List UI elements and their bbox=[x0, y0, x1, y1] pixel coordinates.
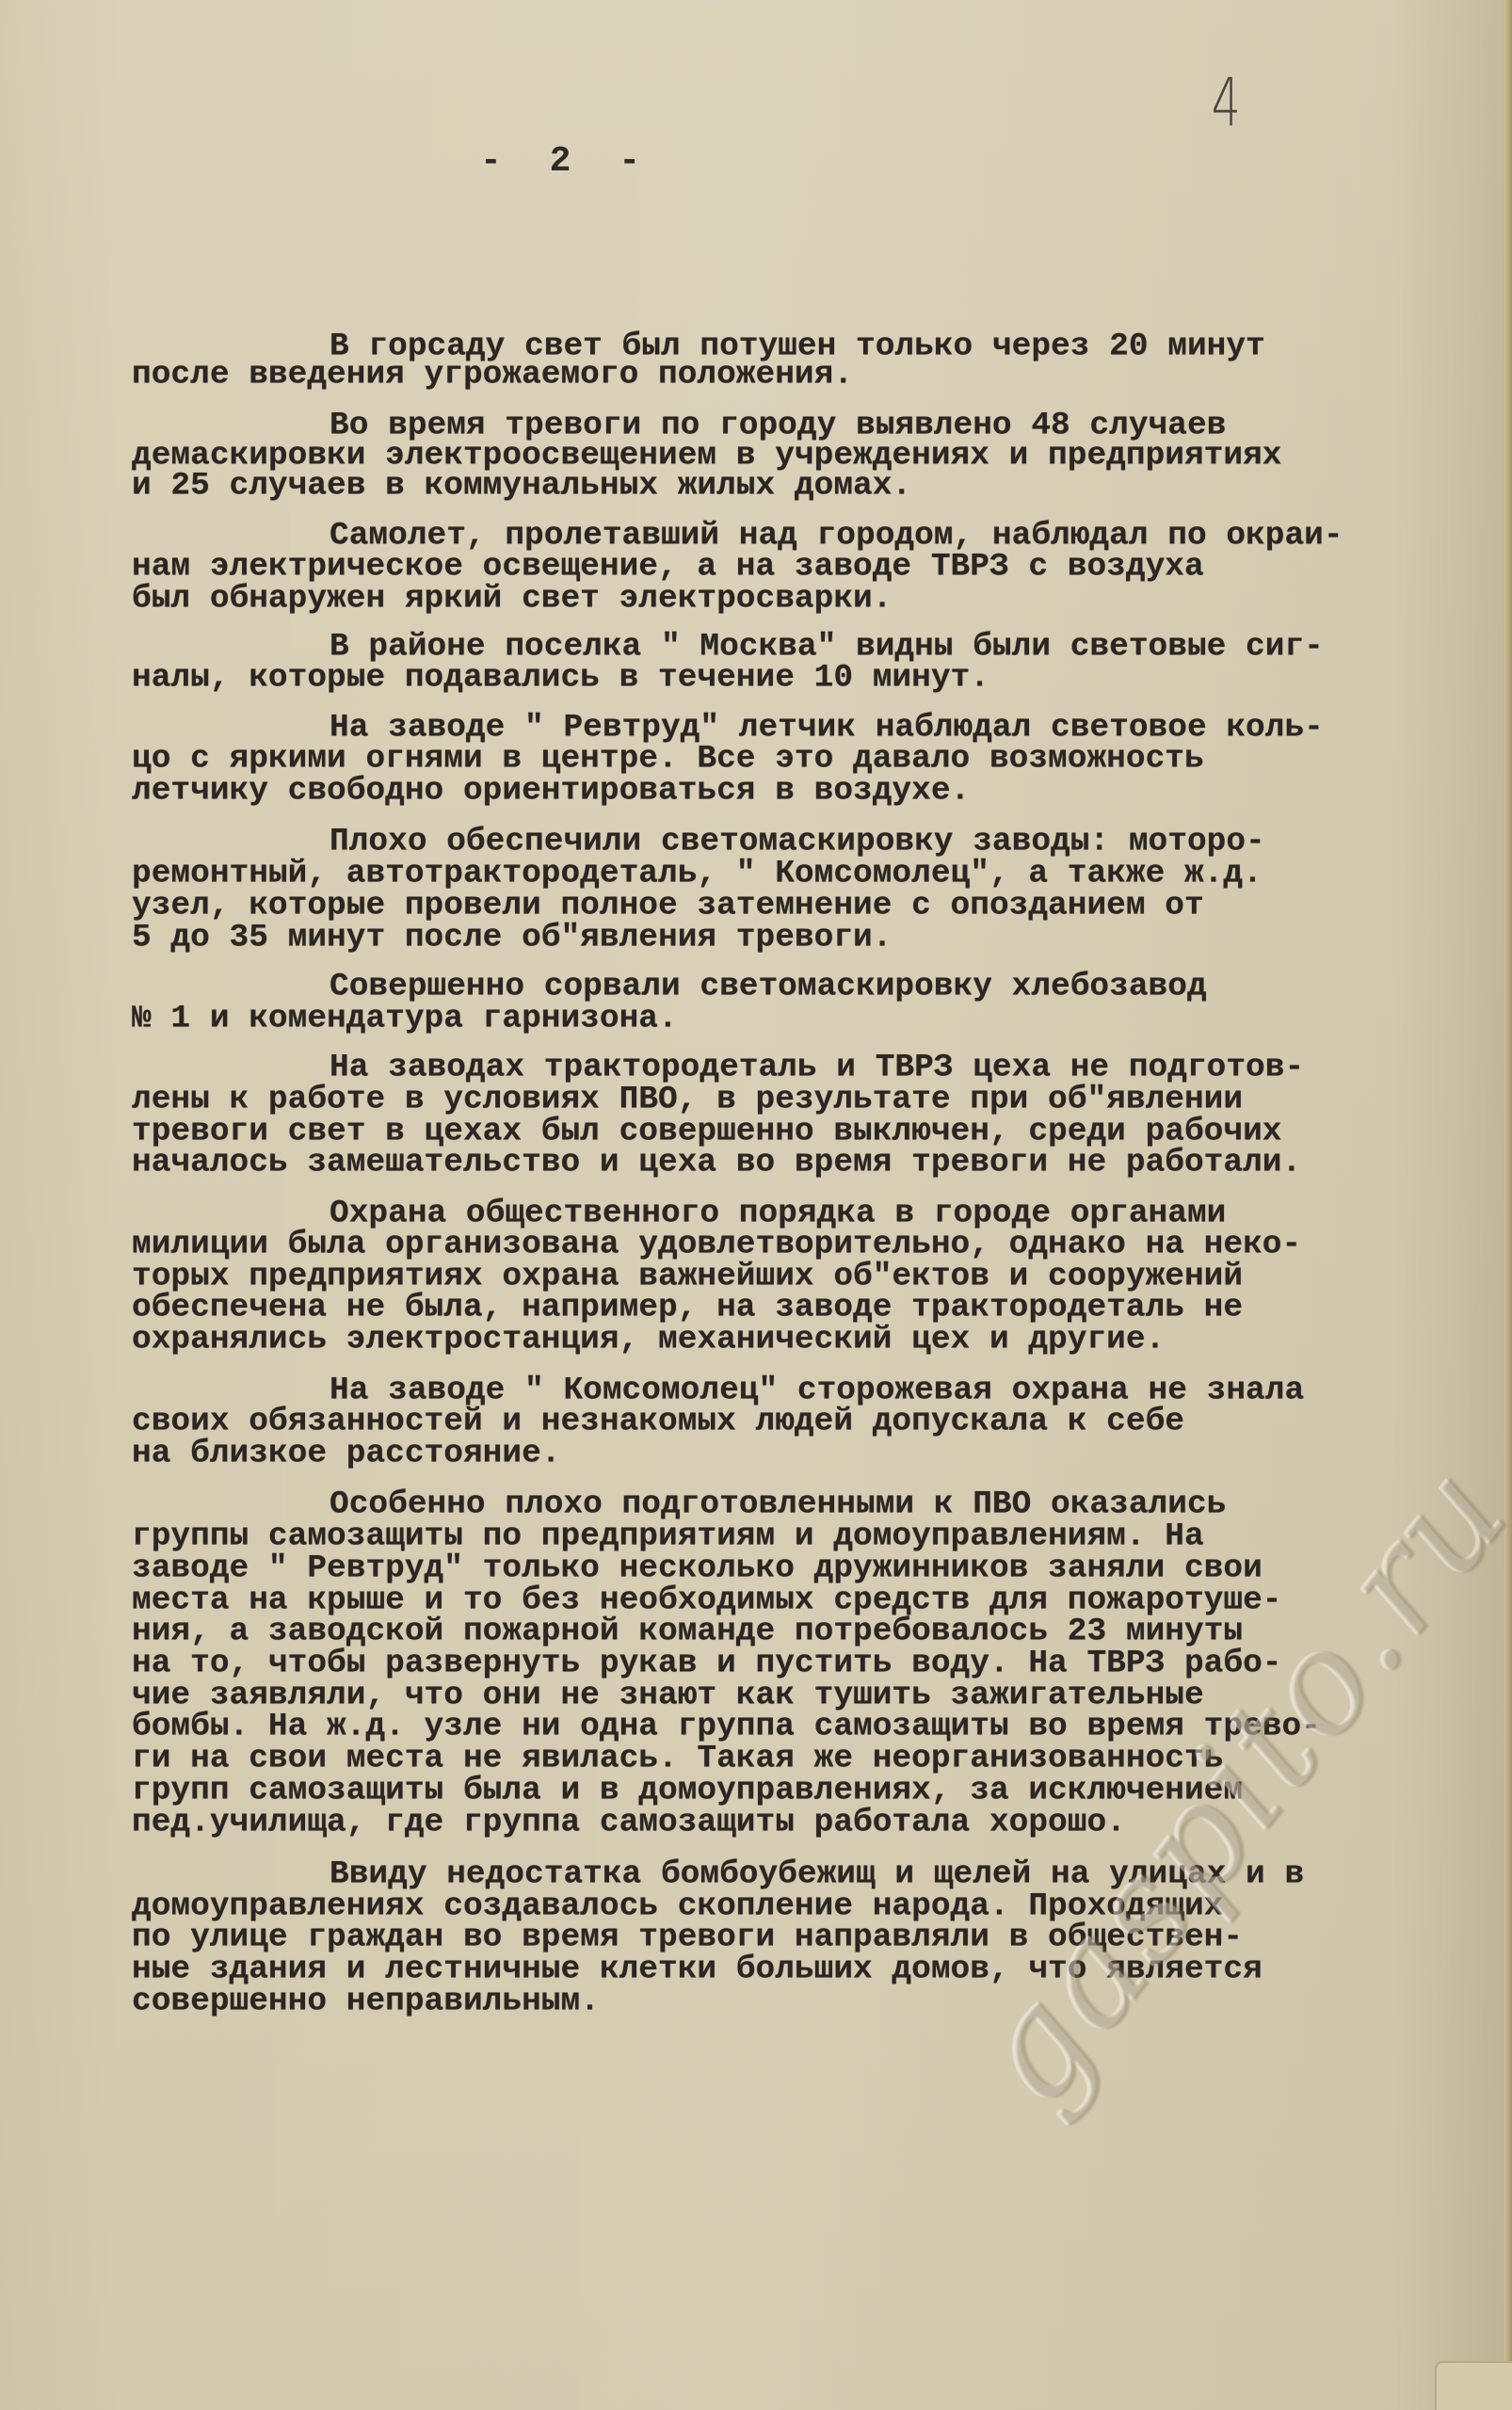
paragraph-4-line-1: В районе поселка " Москва" видны были св… bbox=[330, 632, 1324, 663]
paragraph-8-line-3: тревоги свет в цехах был совершенно выкл… bbox=[132, 1117, 1282, 1148]
paragraph-6-line-3: узел, которые провели полное затемнение … bbox=[132, 891, 1204, 922]
paragraph-11-line-3: заводе " Ревтруд" только несколько дружи… bbox=[132, 1553, 1263, 1584]
paragraph-8-line-4: началось замешательство и цеха во время … bbox=[132, 1148, 1301, 1179]
paragraph-11-line-2: группы самозащиты по предприятиям и домо… bbox=[132, 1521, 1204, 1552]
paragraph-11-line-7: чие заявляли, что они не знают как тушит… bbox=[132, 1680, 1204, 1711]
paragraph-5-line-1: На заводе " Ревтруд" летчик наблюдал све… bbox=[330, 713, 1324, 744]
paragraph-4-line-2: налы, которые подавались в течение 10 ми… bbox=[132, 663, 989, 694]
paragraph-8-line-1: На заводах трактородеталь и ТВРЗ цеха не… bbox=[330, 1052, 1304, 1084]
paragraph-11-line-10: групп самозащиты была и в домоуправления… bbox=[132, 1775, 1243, 1807]
handwritten-folio-number: 4 bbox=[1212, 64, 1241, 141]
paragraph-1-line-2: после введения угрожаемого положения. bbox=[132, 360, 853, 391]
paragraph-10-line-2: своих обязанностей и незнакомых людей до… bbox=[132, 1406, 1184, 1438]
paragraph-7-line-2: № 1 и комендатура гарнизона. bbox=[132, 1004, 678, 1035]
paragraph-3-line-1: Самолет, пролетавший над городом, наблюд… bbox=[330, 521, 1343, 552]
paragraph-11-line-11: пед.училища, где группа самозащиты работ… bbox=[132, 1807, 1126, 1839]
paper-corner-fold bbox=[1435, 2361, 1512, 2410]
paragraph-6-line-2: ремонтный, автотрактородеталь, " Комсомо… bbox=[132, 859, 1263, 890]
paragraph-9-line-4: обеспечена не была, например, на заводе … bbox=[132, 1293, 1243, 1324]
paragraph-7-line-1: Совершенно сорвали светомаскировку хлебо… bbox=[330, 972, 1207, 1003]
paragraph-5-line-2: цо с яркими огнями в центре. Все это дав… bbox=[132, 744, 1204, 775]
paper-edge bbox=[1504, 0, 1512, 2410]
paragraph-6-line-4: 5 до 35 минут после об"явления тревоги. bbox=[132, 923, 892, 954]
paragraph-11-line-9: ги на свои места не явилась. Такая же не… bbox=[132, 1743, 1223, 1775]
paragraph-11-line-8: бомбы. На ж.д. узле ни одна группа самоз… bbox=[132, 1711, 1321, 1743]
paragraph-9-line-5: охранялись электростанция, механический … bbox=[132, 1325, 1165, 1356]
paragraph-10-line-1: На заводе " Комсомолец" сторожевая охран… bbox=[330, 1375, 1304, 1406]
paragraph-2-line-3: и 25 случаев в коммунальных жилых домах. bbox=[132, 471, 911, 502]
paragraph-3-line-2: нам электрическое освещение, а на заводе… bbox=[132, 552, 1204, 583]
paragraph-3-line-3: был обнаружен яркий свет электросварки. bbox=[132, 584, 892, 615]
paragraph-8-line-2: лены к работе в условиях ПВО, в результа… bbox=[132, 1084, 1243, 1116]
paragraph-9-line-1: Охрана общественного порядка в городе ор… bbox=[330, 1198, 1226, 1229]
paragraph-10-line-3: на близкое расстояние. bbox=[132, 1438, 560, 1470]
paragraph-6-line-1: Плохо обеспечили светомаскировку заводы:… bbox=[330, 827, 1265, 858]
paragraph-11-line-5: ния, а заводской пожарной команде потреб… bbox=[132, 1616, 1243, 1647]
paragraph-11-line-6: на то, чтобы развернуть рукав и пустить … bbox=[132, 1648, 1282, 1679]
page-number: - 2 - bbox=[480, 141, 653, 182]
paragraph-12-line-5: совершенно неправильным. bbox=[132, 1986, 600, 2017]
paragraph-5-line-3: летчику свободно ориентироваться в возду… bbox=[132, 776, 970, 807]
paragraph-11-line-4: места на крыше и то без необходимых сред… bbox=[132, 1585, 1282, 1616]
paragraph-11-line-1: Особенно плохо подготовленными к ПВО ока… bbox=[330, 1489, 1226, 1520]
paragraph-9-line-2: милиции была организована удовлетворител… bbox=[132, 1229, 1301, 1261]
paragraph-9-line-3: торых предприятиях охрана важнейших об"е… bbox=[132, 1261, 1243, 1293]
